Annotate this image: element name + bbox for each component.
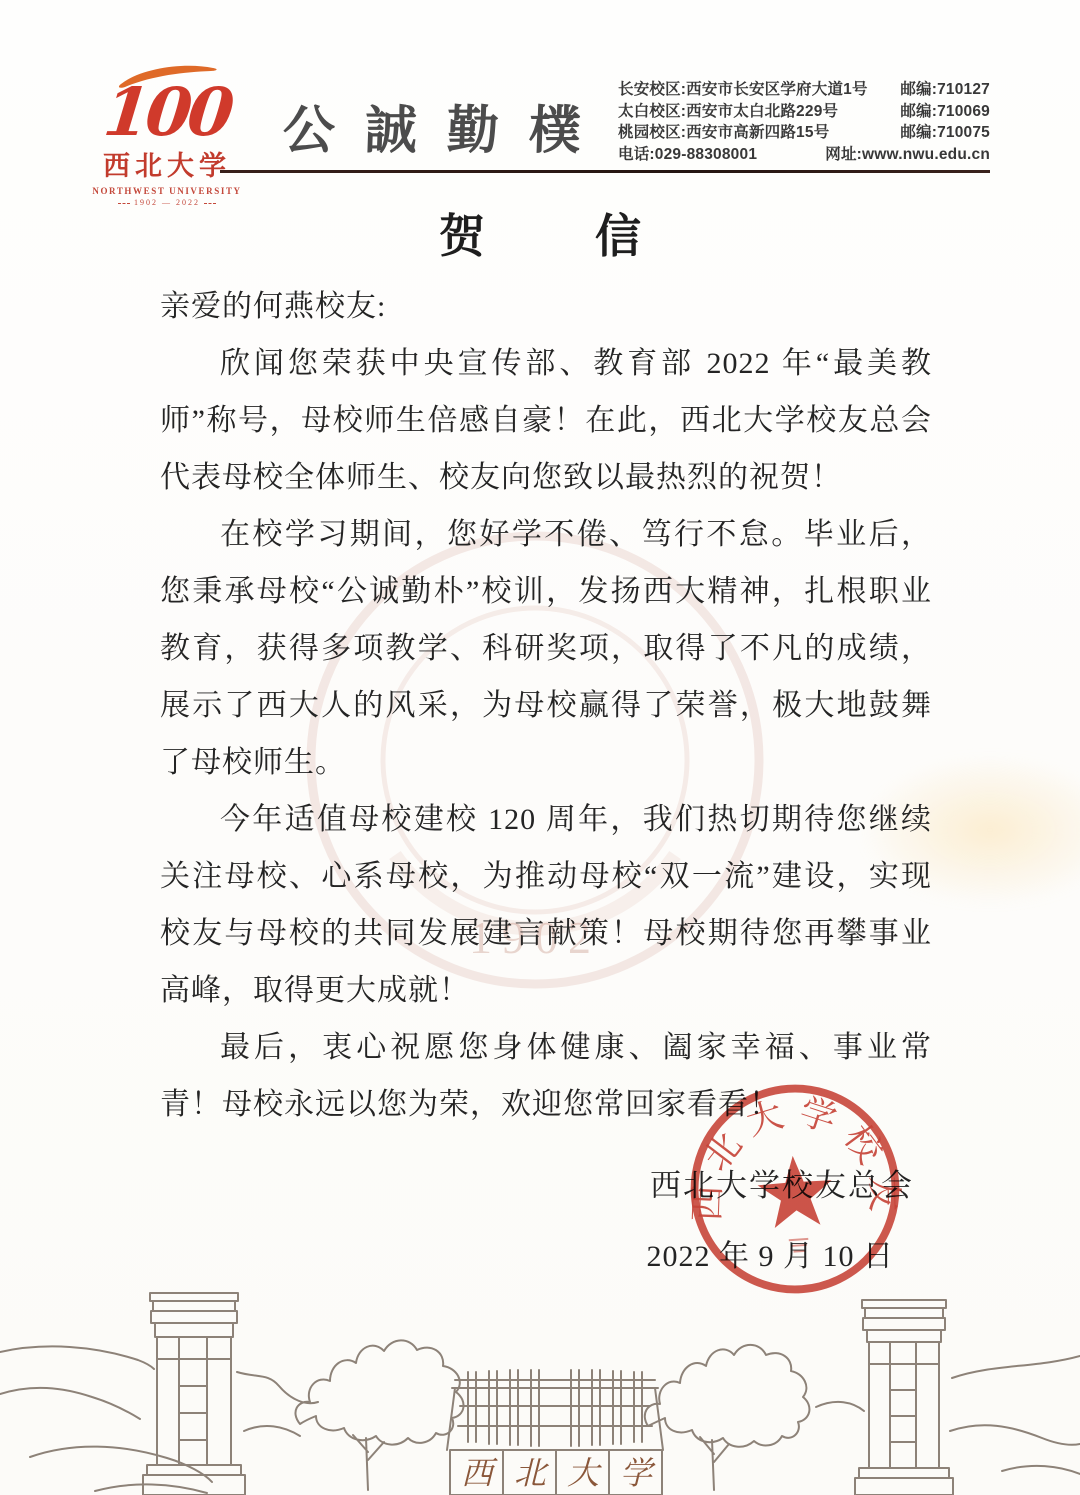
title-char: 贺 <box>439 200 485 266</box>
school-motto: 公 誠 勤 樸 <box>283 88 581 163</box>
hill-line <box>0 1346 154 1369</box>
campus-illustration: 西 北 大 学 <box>0 1260 1080 1495</box>
letter-body: 亲爱的何燕校友: 欣闻您荣获中央宣传部、教育部 2022 年“最美教师”称号，母… <box>160 278 932 1133</box>
hill-line <box>0 1388 140 1419</box>
website-url: 网址:www.nwu.edu.cn <box>825 144 990 166</box>
logo-university-name-en: NORTHWEST UNIVERSITY <box>92 186 242 196</box>
campus-address: 桃园校区:西安市高新四路15号 <box>618 122 829 144</box>
motto-char: 誠 <box>364 88 419 163</box>
title-char: 信 <box>595 200 641 266</box>
paragraph: 欣闻您荣获中央宣传部、教育部 2022 年“最美教师”称号，母校师生倍感自豪！在… <box>160 335 932 506</box>
right-pillar <box>855 1300 953 1495</box>
motto-char: 公 <box>282 88 337 163</box>
postal-code: 邮编:710069 <box>900 101 990 123</box>
gate-sign-char: 学 <box>620 1455 656 1491</box>
contact-block: 长安校区:西安市长安区学府大道1号 邮编:710127 太白校区:西安市太白北路… <box>618 79 990 165</box>
hill-line <box>1002 1466 1080 1474</box>
paragraph: 今年适值母校建校 120 周年，我们热切期待您继续关注母校、心系母校，为推动母校… <box>160 791 932 1019</box>
hill-line <box>816 1402 864 1411</box>
university-logo: 100 西北大学 NORTHWEST UNIVERSITY 1902 — 202… <box>92 62 242 207</box>
hill-line <box>244 1426 300 1436</box>
gate-sign-char: 北 <box>514 1455 550 1491</box>
tree <box>645 1345 810 1490</box>
letter-title: 贺 信 <box>0 200 1080 266</box>
paragraph: 在校学习期间，您好学不倦、笃行不怠。毕业后，您秉承母校“公诚勤朴”校训，发扬西大… <box>160 506 932 791</box>
contact-row: 太白校区:西安市太白北路229号 邮编:710069 <box>618 101 990 123</box>
signature-block: 西北大学校友总会 2022 年 9 月 10 日 <box>647 1160 915 1275</box>
paragraph: 最后，衷心祝愿您身体健康、阖家幸福、事业常青！母校永远以您为荣，欢迎您常回家看看… <box>160 1019 932 1133</box>
hill-line <box>95 1484 207 1493</box>
postal-code: 邮编:710075 <box>900 122 990 144</box>
motto-char: 樸 <box>528 88 583 163</box>
left-pillar <box>143 1293 245 1495</box>
gate-sign-char: 西 <box>461 1455 498 1491</box>
hill-line <box>950 1425 1080 1445</box>
header-divider <box>220 170 990 173</box>
campus-address: 太白校区:西安市太白北路229号 <box>618 101 838 123</box>
contact-row: 桃园校区:西安市高新四路15号 邮编:710075 <box>618 122 990 144</box>
contact-row: 长安校区:西安市长安区学府大道1号 邮编:710127 <box>618 79 990 101</box>
signature-name: 西北大学校友总会 <box>647 1160 915 1205</box>
salutation: 亲爱的何燕校友: <box>160 278 932 335</box>
hill-line <box>952 1356 1080 1378</box>
logo-100-mark: 100 <box>89 82 245 142</box>
signature-date: 2022 年 9 月 10 日 <box>647 1231 915 1275</box>
letter-page: 1902 100 西北大学 NORTHWEST UNIVERSITY 1902 … <box>0 0 1080 1495</box>
gate-sign-char: 大 <box>567 1455 602 1491</box>
hill-line <box>237 1372 318 1403</box>
campus-address: 长安校区:西安市长安区学府大道1号 <box>618 79 868 101</box>
tree <box>295 1340 463 1490</box>
contact-row: 电话:029-88308001 网址:www.nwu.edu.cn <box>618 144 990 166</box>
motto-char: 勤 <box>446 88 501 163</box>
phone-number: 电话:029-88308001 <box>618 144 757 166</box>
postal-code: 邮编:710127 <box>900 79 990 101</box>
